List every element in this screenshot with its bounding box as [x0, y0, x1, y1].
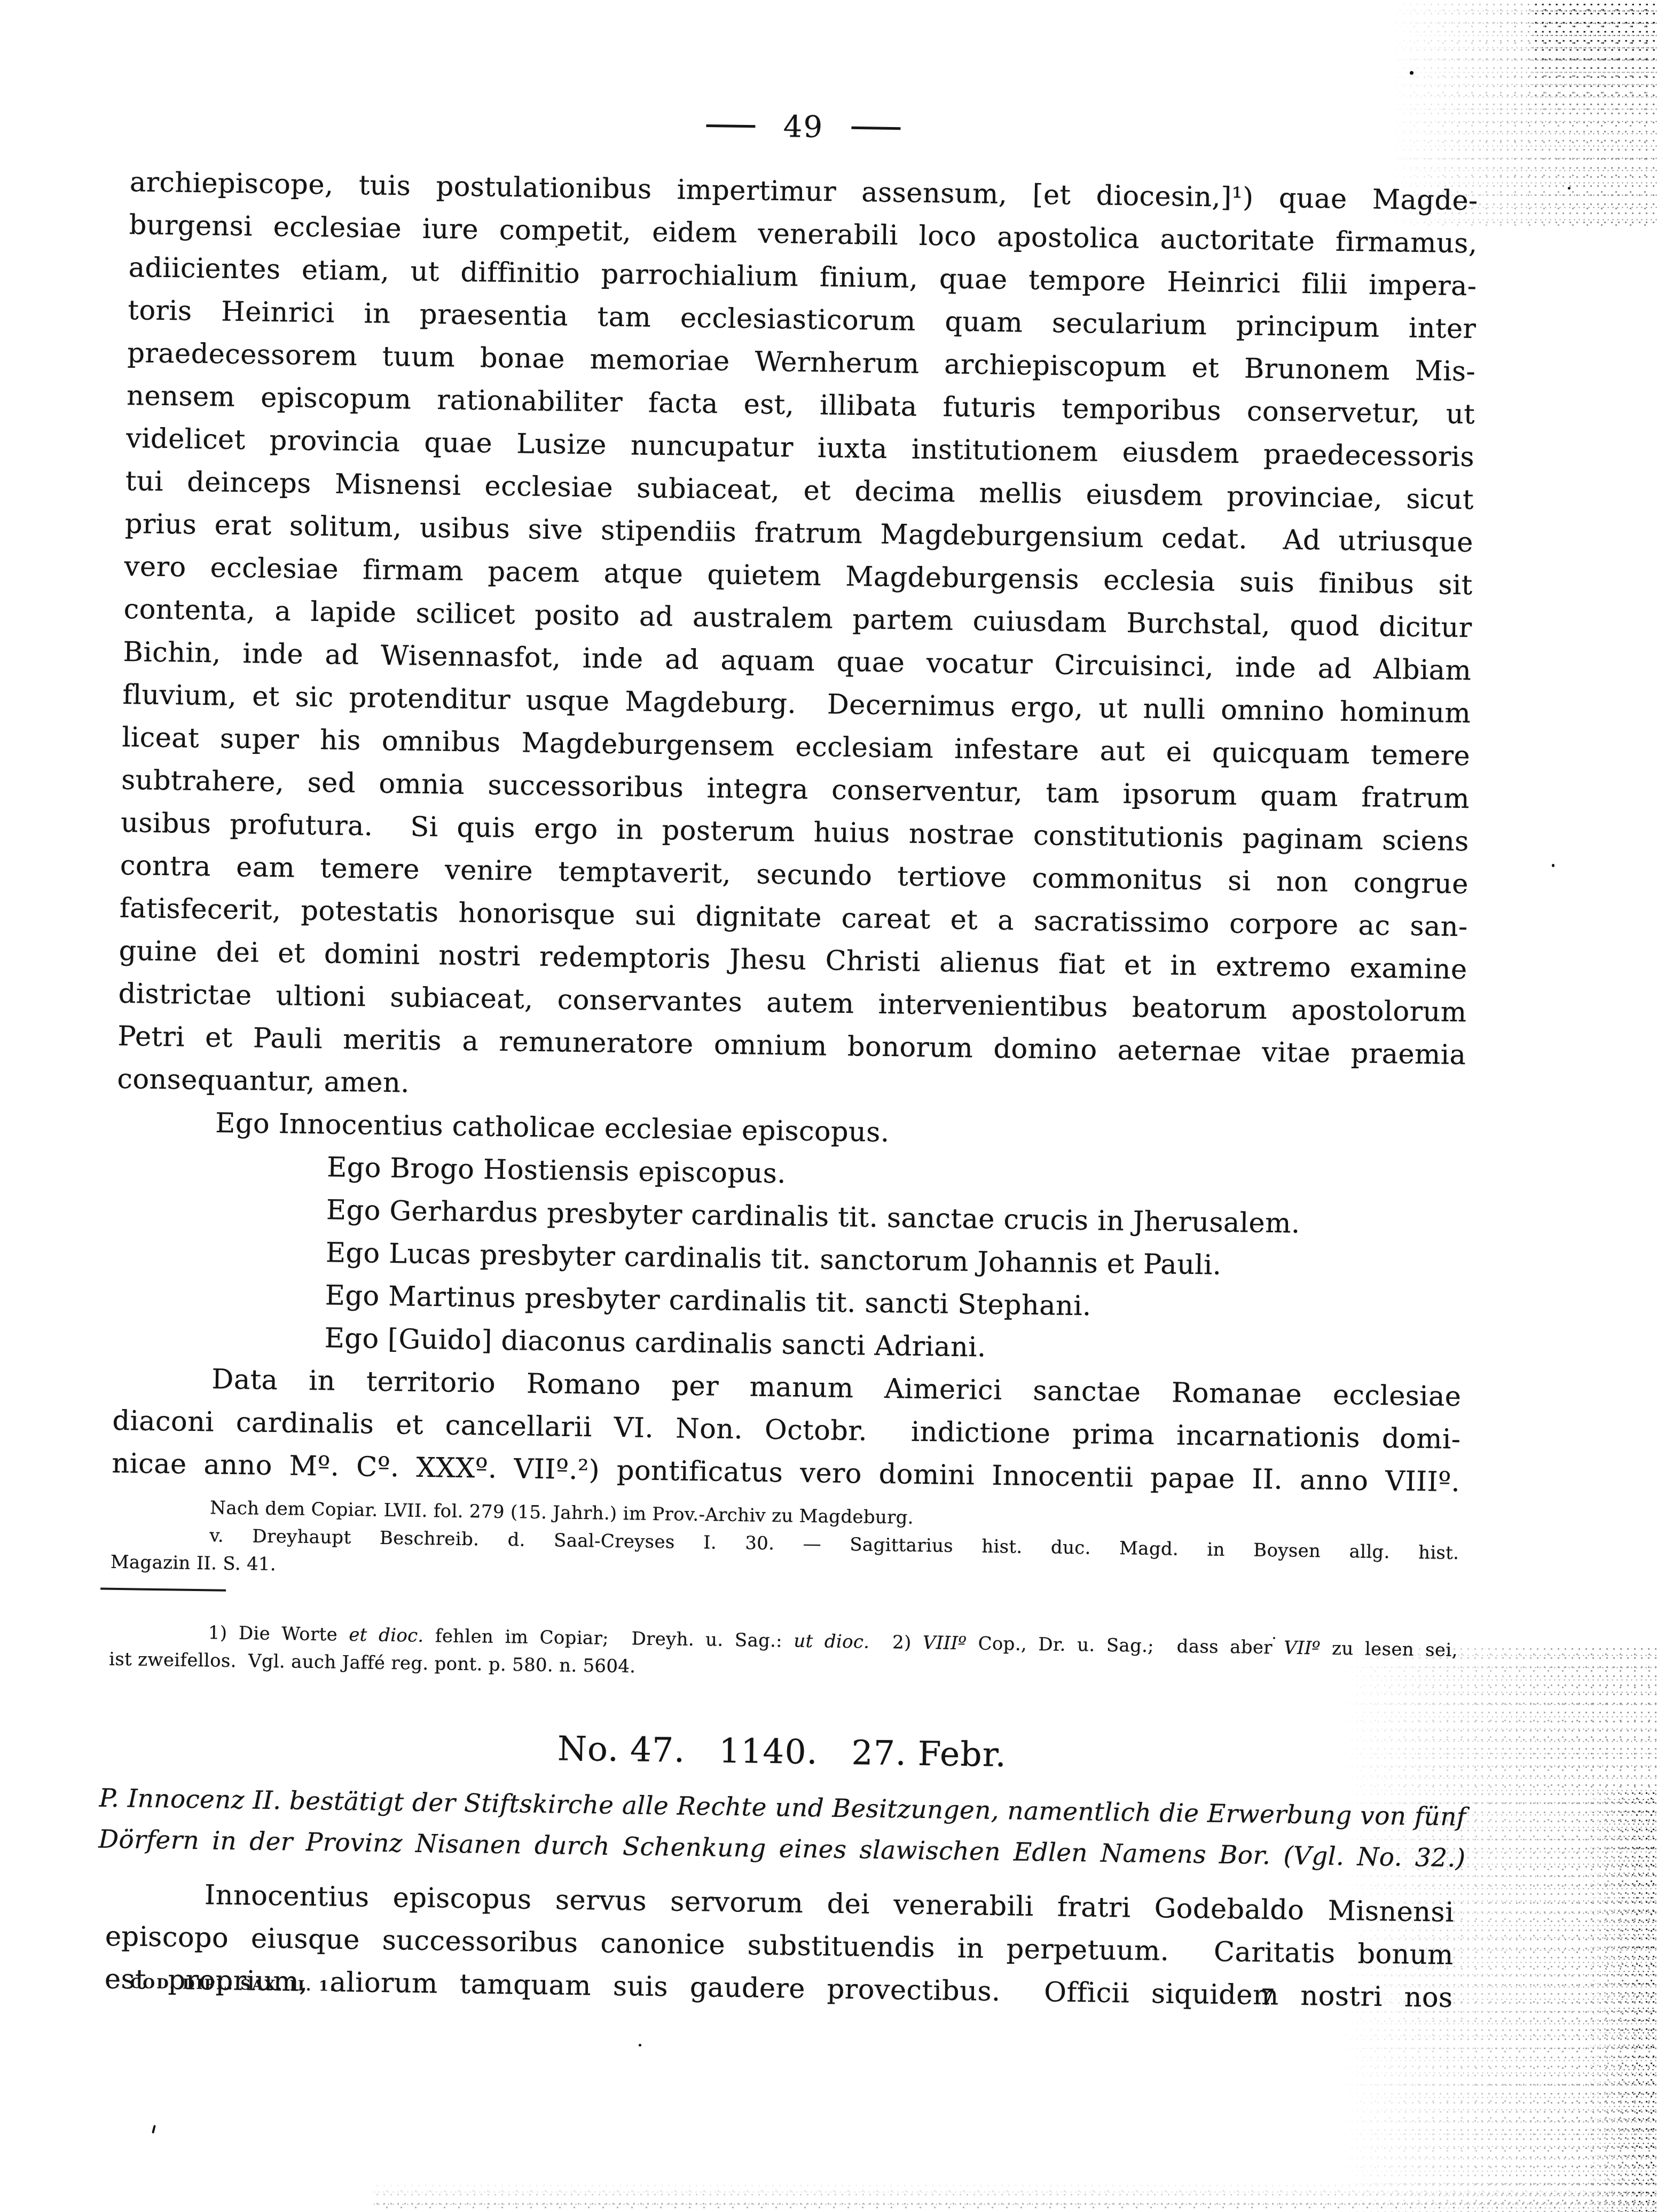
- charter-46-body: archiepiscope, tuis postulationibus impe…: [117, 161, 1478, 1120]
- header-rule-right-icon: [851, 126, 900, 129]
- scan-noise-top-right-dense: [1533, 0, 1657, 123]
- scan-noise-right-edge: [1581, 1789, 1657, 2212]
- scan-speckle: [1410, 71, 1413, 75]
- scan-speckle: [555, 246, 557, 248]
- scan-speckle: [1568, 187, 1570, 190]
- page-number: 49: [783, 109, 823, 145]
- scan-noise-bottom-edge: [374, 2181, 1657, 2212]
- scan-speckle: [152, 2125, 156, 2134]
- sheet-number: 7: [1260, 1984, 1275, 2010]
- header-rule-left-icon: [706, 124, 756, 128]
- page-content: 49 archiepiscope, tuis postulationibus i…: [104, 101, 1479, 2029]
- charter-47-summary: P. Innocenz II. bestätigt der Stiftskirc…: [98, 1777, 1466, 1879]
- footnote-separator-rule: [100, 1587, 226, 1591]
- subscription-list: Ego Innocentius catholicae ecclesiae epi…: [113, 1101, 1465, 1376]
- scan-speckle: [1273, 1637, 1275, 1639]
- scan-speckle: [1552, 864, 1554, 867]
- series-signature: COD. DIPL. SAX. II. 1.: [130, 1975, 337, 1994]
- footnotes: 1) Die Worte et dioc. fehlen im Copiar; …: [109, 1618, 1458, 1692]
- scan-speckle: [639, 2044, 641, 2046]
- charter-47-heading: No. 47. 1140. 27. Febr.: [108, 1722, 1457, 1782]
- source-note: Nach dem Copiar. LVII. fol. 279 (15. Jah…: [110, 1493, 1459, 1595]
- scanned-book-page: 49 archiepiscope, tuis postulationibus i…: [0, 0, 1657, 2212]
- page-header: 49: [664, 109, 943, 145]
- datum-paragraph: Data in territorio Romano per manum Aime…: [112, 1357, 1462, 1504]
